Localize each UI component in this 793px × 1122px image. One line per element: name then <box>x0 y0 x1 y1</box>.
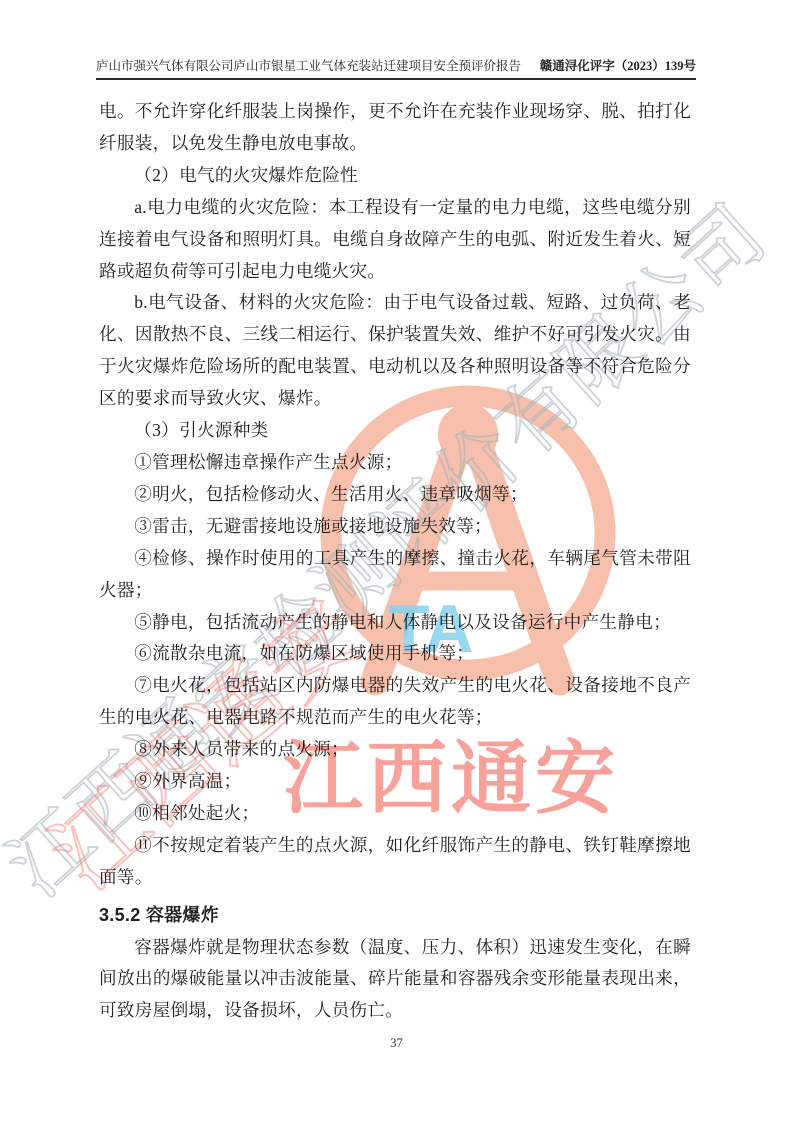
section-heading: 3.5.2 容器爆炸 <box>99 900 691 932</box>
header-report-title: 庐山市强兴气体有限公司庐山市银星工业气体充装站迁建项目安全预评价报告 <box>96 58 521 74</box>
paragraph: ⑪不按规定着装产生的点火源，如化纤服饰产生的静电、铁钉鞋摩擦地面等。 <box>99 830 691 894</box>
paragraph: （2）电气的火灾爆炸危险性 <box>99 160 691 192</box>
header-doc-number: 赣通浔化评字（2023）139号 <box>540 58 696 74</box>
paragraph: ③雷击，无避雷接地设施或接地设施失效等； <box>99 511 691 543</box>
paragraph: ⑧外来人员带来的点火源； <box>99 734 691 766</box>
paragraph: ⑦电火花，包括站区内防爆电器的失效产生的电火花、设备接地不良产生的电火花、电器电… <box>99 670 691 734</box>
page-footer: 37 <box>0 1036 793 1051</box>
page-number: 37 <box>390 1036 403 1050</box>
body-paragraphs: 电。不允许穿化纤服装上岗操作，更不允许在充装作业现场穿、脱、拍打化纤服装，以免发… <box>99 96 691 1027</box>
paragraph: 容器爆炸就是物理状态参数（温度、压力、体积）迅速发生变化，在瞬间放出的爆破能量以… <box>99 932 691 1028</box>
page-header: 庐山市强兴气体有限公司庐山市银星工业气体充装站迁建项目安全预评价报告 赣通浔化评… <box>96 58 696 80</box>
paragraph: 电。不允许穿化纤服装上岗操作，更不允许在充装作业现场穿、脱、拍打化纤服装，以免发… <box>99 96 691 160</box>
paragraph: ⑩相邻处起火； <box>99 798 691 830</box>
paragraph: a.电力电缆的火灾危险：本工程设有一定量的电力电缆，这些电缆分别连接着电气设备和… <box>99 192 691 288</box>
paragraph: b.电气设备、材料的火灾危险：由于电气设备过载、短路、过负荷、老化、因散热不良、… <box>99 287 691 415</box>
paragraph: ②明火，包括检修动火、生活用火、违章吸烟等； <box>99 479 691 511</box>
paragraph: ⑥流散杂电流，如在防爆区域使用手机等； <box>99 638 691 670</box>
paragraph: ⑨外界高温； <box>99 766 691 798</box>
paragraph: ④检修、操作时使用的工具产生的摩擦、撞击火花，车辆尾气管未带阻火器； <box>99 543 691 607</box>
paragraph: ①管理松懈违章操作产生点火源； <box>99 447 691 479</box>
document-page: 庐山市强兴气体有限公司庐山市银星工业气体充装站迁建项目安全预评价报告 赣通浔化评… <box>0 0 793 1122</box>
paragraph: ⑤静电，包括流动产生的静电和人体静电以及设备运行中产生静电； <box>99 607 691 639</box>
paragraph: （3）引火源种类 <box>99 415 691 447</box>
